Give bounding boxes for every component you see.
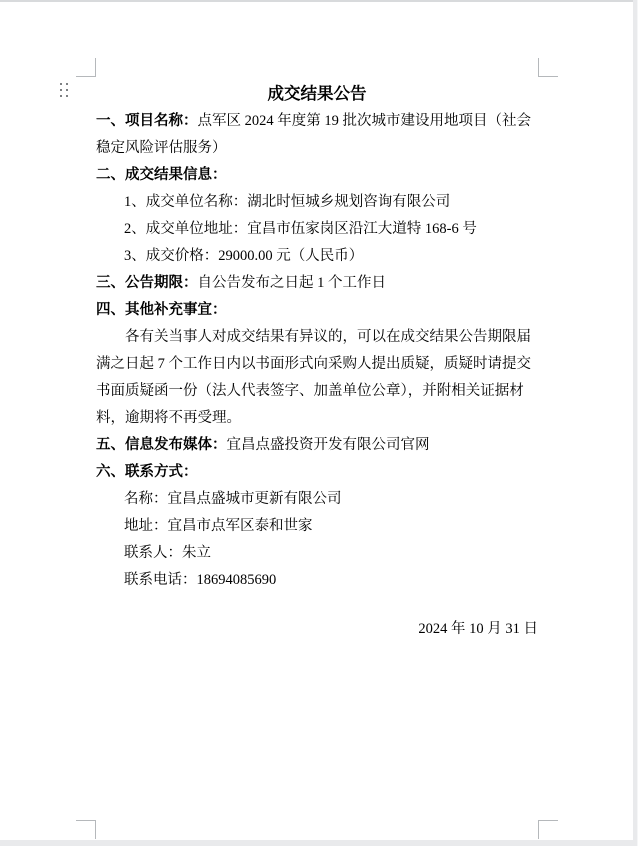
section-label: 五、信息发布媒体：: [96, 437, 227, 453]
section-label: 六、联系方式：: [96, 464, 198, 480]
text-run: 3、成交价格：29000.00 元（人民币）: [124, 248, 363, 264]
text-run: 名称：宜昌点盛城市更新有限公司: [124, 491, 342, 507]
text-run: 1、成交单位名称：湖北时恒城乡规划咨询有限公司: [124, 194, 450, 210]
section-label: 四、其他补充事宜：: [96, 302, 227, 318]
doc-line-10: 满之日起 7 个工作日内以书面形式向采购人提出质疑，质疑时请提交: [96, 351, 538, 378]
doc-line-17: 联系人：朱立: [96, 540, 538, 567]
doc-line-13: 五、信息发布媒体：宜昌点盛投资开发有限公司官网: [96, 432, 538, 459]
doc-line-19: [96, 594, 538, 616]
doc-line-9: 各有关当事人对成交结果有异议的，可以在成交结果公告期限届: [96, 324, 538, 351]
doc-line-14: 六、联系方式：: [96, 459, 538, 486]
doc-line-16: 地址：宜昌市点军区泰和世家: [96, 513, 538, 540]
text-run: 满之日起 7 个工作日内以书面形式向采购人提出质疑，质疑时请提交: [96, 356, 531, 372]
document-page: 成交结果公告 一、项目名称：点军区 2024 年度第 19 批次城市建设用地项目…: [0, 0, 638, 846]
doc-line-2: 稳定风险评估服务）: [96, 135, 538, 162]
document-title: 成交结果公告: [96, 79, 538, 108]
text-run: 联系电话：18694085690: [124, 572, 276, 588]
doc-line-3: 二、成交结果信息：: [96, 162, 538, 189]
doc-line-5: 2、成交单位地址：宜昌市伍家岗区沿江大道特 168-6 号: [96, 216, 538, 243]
doc-line-18: 联系电话：18694085690: [96, 567, 538, 594]
text-run: 2024 年 10 月 31 日: [418, 621, 538, 637]
text-run: 稳定风险评估服务）: [96, 140, 227, 156]
section-label: 一、项目名称：: [96, 113, 198, 129]
text-run: 自公告发布之日起 1 个工作日: [198, 275, 387, 291]
doc-line-4: 1、成交单位名称：湖北时恒城乡规划咨询有限公司: [96, 189, 538, 216]
document-lines: 一、项目名称：点军区 2024 年度第 19 批次城市建设用地项目（社会稳定风险…: [96, 108, 538, 643]
section-label: 二、成交结果信息：: [96, 167, 227, 183]
text-run: 联系人：朱立: [124, 545, 211, 561]
doc-line-1: 一、项目名称：点军区 2024 年度第 19 批次城市建设用地项目（社会: [96, 108, 538, 135]
doc-line-12: 料，逾期将不再受理。: [96, 405, 538, 432]
text-run: 点军区 2024 年度第 19 批次城市建设用地项目（社会: [198, 113, 532, 129]
text-run: 各有关当事人对成交结果有异议的，可以在成交结果公告期限届: [125, 329, 531, 345]
doc-line-8: 四、其他补充事宜：: [96, 297, 538, 324]
doc-line-15: 名称：宜昌点盛城市更新有限公司: [96, 486, 538, 513]
document-content: 成交结果公告 一、项目名称：点军区 2024 年度第 19 批次城市建设用地项目…: [0, 0, 638, 846]
text-run: 书面质疑函一份（法人代表签字、加盖单位公章），并附相关证据材: [96, 383, 524, 399]
doc-line-7: 三、公告期限：自公告发布之日起 1 个工作日: [96, 270, 538, 297]
doc-line-6: 3、成交价格：29000.00 元（人民币）: [96, 243, 538, 270]
text-run: 地址：宜昌市点军区泰和世家: [124, 518, 313, 534]
text-run: 料，逾期将不再受理。: [96, 410, 241, 426]
text-run: 宜昌点盛投资开发有限公司官网: [227, 437, 430, 453]
text-run: 2、成交单位地址：宜昌市伍家岗区沿江大道特 168-6 号: [124, 221, 477, 237]
doc-line-11: 书面质疑函一份（法人代表签字、加盖单位公章），并附相关证据材: [96, 378, 538, 405]
section-label: 三、公告期限：: [96, 275, 198, 291]
doc-line-20: 2024 年 10 月 31 日: [96, 616, 538, 643]
